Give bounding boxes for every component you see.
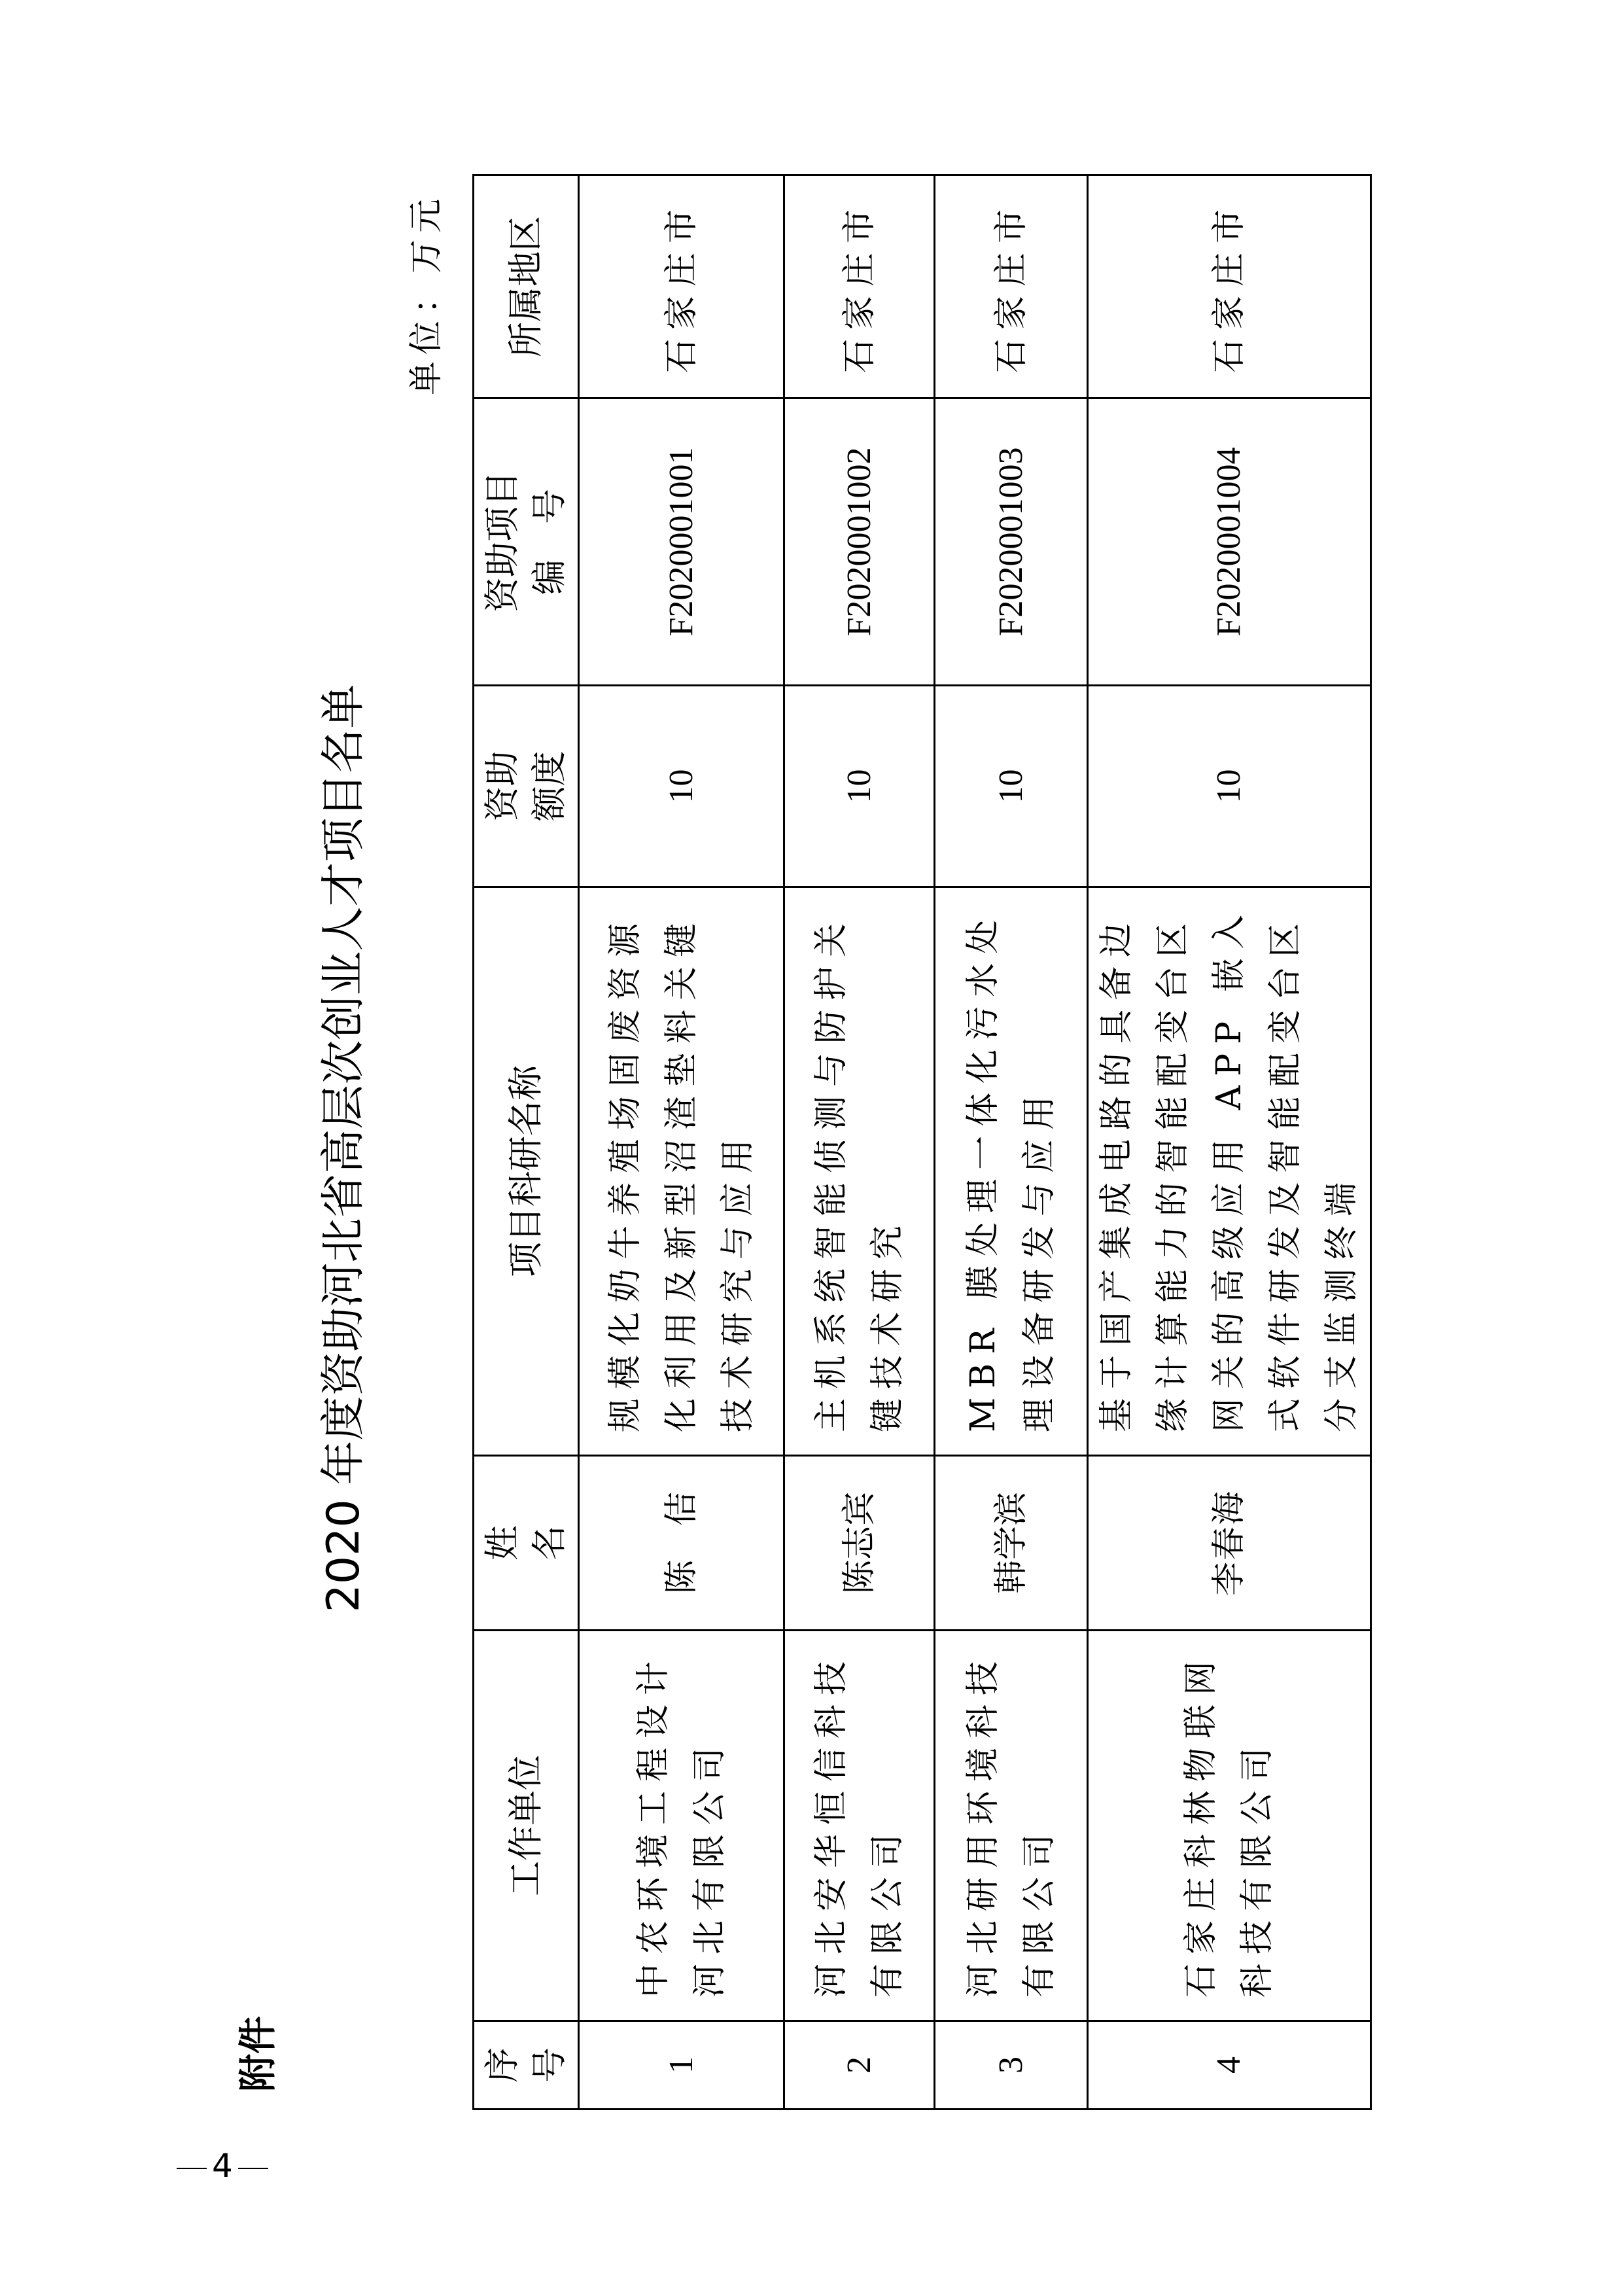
cell-amount: 10	[1088, 686, 1371, 887]
table-row: 4 石家庄科林物联网科技有限公司 李春海 基于国产集成电路的具备边缘计算能力的智…	[1088, 175, 1371, 2110]
cell-region: 石家庄市	[1088, 175, 1371, 398]
table-row: 3 河北研用环境科技有限公司 韩学滨 MBR 膜处理一体化污水处理设备研发与应用…	[935, 175, 1088, 2110]
cell-work-unit: 河北研用环境科技有限公司	[935, 1631, 1088, 2021]
project-list-table: 序 号 工作单位 姓名 项目科研名称 资助 额度 资助项目 编 号 所属地区	[472, 174, 1372, 2110]
dash-right	[238, 2168, 268, 2169]
cell-project-no: F2020001002	[784, 398, 935, 686]
header-region: 所属地区	[474, 175, 579, 398]
cell-index: 2	[784, 2021, 935, 2110]
header-row: 序 号 工作单位 姓名 项目科研名称 资助 额度 资助项目 编 号 所属地区	[474, 175, 579, 2110]
header-name: 姓名	[474, 1456, 579, 1631]
document-title: 2020 年度资助河北省高层次创业人才项目名单	[318, 645, 370, 1652]
cell-region: 石家庄市	[784, 175, 935, 398]
cell-work-unit: 河北安华恒信科技有限公司	[784, 1631, 935, 2021]
page-number-value: 4	[212, 2147, 233, 2185]
cell-region: 石家庄市	[579, 175, 784, 398]
page-number: 4	[171, 2146, 273, 2185]
cell-amount: 10	[935, 686, 1088, 887]
header-amount: 资助 额度	[474, 686, 579, 887]
cell-project-no: F2020001003	[935, 398, 1088, 686]
dash-left	[177, 2168, 207, 2169]
cell-project-name: MBR 膜处理一体化污水处理设备研发与应用	[935, 887, 1088, 1456]
table-row: 2 河北安华恒信科技有限公司 陈志宾 主机系统智能侦测与防护关键技术研究 10 …	[784, 175, 935, 2110]
cell-amount: 10	[579, 686, 784, 887]
table-row: 1 中农环境工程设计河北有限公司 陈 佶 规模化奶牛养殖场固废资源化利用及新型沼…	[579, 175, 784, 2110]
rotated-landscape-page: 附件 2020 年度资助河北省高层次创业人才项目名单 单位：万元 序 号 工作单…	[0, 0, 1623, 2296]
unit-label: 单位：万元	[407, 192, 446, 395]
cell-project-no: F2020001001	[579, 398, 784, 686]
cell-name: 陈志宾	[784, 1456, 935, 1631]
cell-name: 陈 佶	[579, 1456, 784, 1631]
cell-work-unit: 中农环境工程设计河北有限公司	[579, 1631, 784, 2021]
cell-region: 石家庄市	[935, 175, 1088, 398]
cell-project-name: 主机系统智能侦测与防护关键技术研究	[784, 887, 935, 1456]
cell-index: 1	[579, 2021, 784, 2110]
header-work-unit: 工作单位	[474, 1631, 579, 2021]
cell-work-unit: 石家庄科林物联网科技有限公司	[1088, 1631, 1371, 2021]
cell-project-name: 规模化奶牛养殖场固废资源化利用及新型沼渣垫料关键技术研究与应用	[579, 887, 784, 1456]
attachment-label: 附件	[237, 2016, 279, 2092]
cell-project-no: F2020001004	[1088, 398, 1371, 686]
header-index: 序 号	[474, 2021, 579, 2110]
cell-index: 3	[935, 2021, 1088, 2110]
cell-project-name: 基于国产集成电路的具备边缘计算能力的智能配变台区网关的高级应用 APP 嵌入式软…	[1088, 887, 1371, 1456]
cell-amount: 10	[784, 686, 935, 887]
cell-name: 李春海	[1088, 1456, 1371, 1631]
cell-index: 4	[1088, 2021, 1371, 2110]
header-project-name: 项目科研名称	[474, 887, 579, 1456]
cell-name: 韩学滨	[935, 1456, 1088, 1631]
header-project-no: 资助项目 编 号	[474, 398, 579, 686]
